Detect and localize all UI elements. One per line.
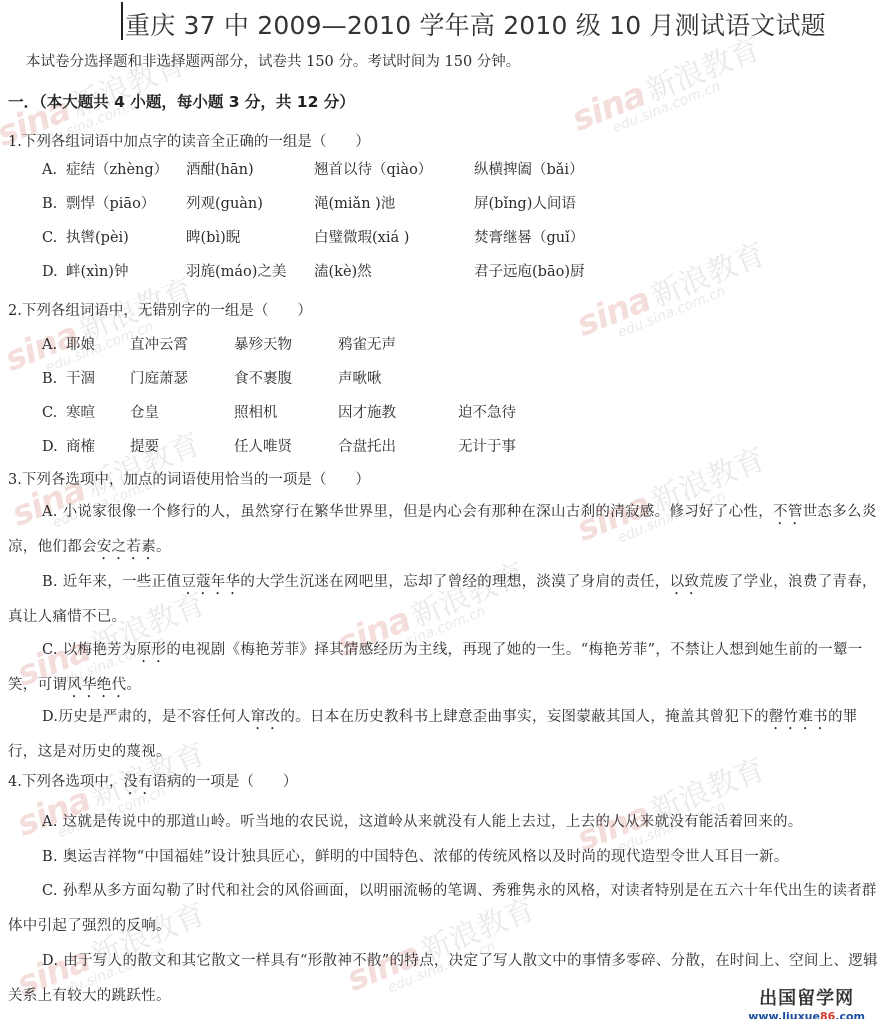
option-text: 。 xyxy=(156,539,171,555)
option-item: 照相机 xyxy=(234,403,278,423)
option-text: 以梅艳芳为 xyxy=(63,642,137,658)
site-logo-url: www.liuxue86.com xyxy=(748,1010,865,1019)
option-item: 无计于事 xyxy=(458,437,516,457)
question-4-stem: 4.下列各选项中，没有语病的一项是（ ） xyxy=(8,772,297,798)
text-cursor xyxy=(121,2,123,40)
option-item: 白璧微瑕(xiá ) xyxy=(314,228,409,248)
option-label: D. xyxy=(42,709,58,725)
watermark: sina新浪教育edu.sina.com.cn xyxy=(570,229,775,354)
stem-text: 语病的一项是（ ） xyxy=(152,774,297,790)
question-2-stem: 2.下列各组词语中，无错别字的一组是（ ） xyxy=(8,301,312,321)
option-item: 任人唯贤 xyxy=(234,437,292,457)
option-text: 近年来，一些正值 xyxy=(63,574,181,590)
option-label: A. xyxy=(42,814,58,830)
section-heading: 一．（本大题共 4 小题，每小题 3 分，共 12 分） xyxy=(8,92,355,112)
option-label: D. xyxy=(42,953,58,969)
option-item: 剽悍（piāo） xyxy=(66,194,155,214)
option-item: 鸦雀无声 xyxy=(338,335,396,355)
option-item: 耶娘 xyxy=(66,335,95,355)
option-label: B. xyxy=(42,369,57,389)
option-item: 焚膏继晷（guǐ） xyxy=(474,228,584,248)
option-item: 屏(bǐng)人间语 xyxy=(474,194,576,214)
question-4-option-b: B. 奥运吉祥物“中国福娃”设计独具匠心，鲜明的中国特色、浓郁的传统风格以及时尚… xyxy=(8,840,878,875)
option-text: 奥运吉祥物“中国福娃”设计独具匠心，鲜明的中国特色、浓郁的传统风格以及时尚的现代… xyxy=(63,849,789,865)
option-item: 仓皇 xyxy=(130,403,159,423)
question-3-option-a: A. 小说家很像一个修行的人，虽然穿行在繁华世界里，但是内心会有那种在深山古刹的… xyxy=(8,495,878,565)
emphasized-word: 罄竹难书 xyxy=(769,709,828,725)
option-label: D. xyxy=(42,437,58,457)
option-label: C. xyxy=(42,403,57,423)
option-label: D. xyxy=(42,262,58,282)
site-logo: 出国留学网 www.liuxue86.com xyxy=(748,984,865,1019)
option-item: 列观(guàn) xyxy=(186,194,263,214)
question-3-option-d: D.历史是严肃的，是不容任何人窜改的。日本在历史教科书上肆意歪曲事实，妄图蒙蔽其… xyxy=(8,700,878,770)
option-text: 孙犁从多方面勾勒了时代和社会的风俗画面，以明丽流畅的笔调、秀雅隽永的风格，对读者… xyxy=(8,883,877,934)
option-item: 暴殄天物 xyxy=(234,335,292,355)
option-item: 迫不急待 xyxy=(458,403,516,423)
option-label: A. xyxy=(42,504,58,520)
site-logo-name: 出国留学网 xyxy=(748,984,865,1010)
question-1-stem: 1.下列各组词语中加点字的读音全正确的一组是（ ） xyxy=(8,132,370,152)
option-item: 症结（zhèng） xyxy=(66,160,168,180)
emphasized-word: 窜改 xyxy=(251,709,281,725)
option-item: 君子远庖(bāo)厨 xyxy=(474,262,584,282)
question-4-option-a: A. 这就是传说中的那道山岭。听当地的农民说，这道岭从来就没有人能上去过，上去的… xyxy=(8,805,878,840)
emphasized-word: 原形 xyxy=(137,642,167,658)
option-text: 这就是传说中的那道山岭。听当地的农民说，这道岭从来就没有人能上去过，上去的人从来… xyxy=(63,814,803,830)
option-text: 的大学生沉迷在网吧里，忘却了曾经的理想，淡漠了身肩的责任， xyxy=(240,574,669,590)
option-label: C. xyxy=(42,883,58,899)
option-item: 纵横捭阖（bǎi） xyxy=(474,160,584,180)
option-label: B. xyxy=(42,849,58,865)
option-item: 合盘托出 xyxy=(338,437,396,457)
option-text: 的。日本在历史教科书上肆意歪曲事实，妄图蒙蔽其国人，掩盖其曾犯下的 xyxy=(280,709,768,725)
option-label: B. xyxy=(42,574,58,590)
option-label: A. xyxy=(42,160,57,180)
emphasized-word: 风华绝代 xyxy=(67,677,126,693)
option-item: 门庭萧瑟 xyxy=(130,369,188,389)
option-item: 直冲云霄 xyxy=(130,335,188,355)
emphasized-word: 不管 xyxy=(773,504,803,520)
question-3-option-b: B. 近年来，一些正值豆蔻年华的大学生沉迷在网吧里，忘却了曾经的理想，淡漠了身肩… xyxy=(8,565,878,635)
option-item: 寒暄 xyxy=(66,403,95,423)
option-item: 睥(bì)睨 xyxy=(186,228,240,248)
option-item: 翘首以待（qiào） xyxy=(314,160,432,180)
option-item: 羽旄(máo)之美 xyxy=(186,262,286,282)
option-item: 渑(miǎn )池 xyxy=(314,194,395,214)
emphasized-word: 豆蔻年华 xyxy=(181,574,240,590)
question-3-stem: 3.下列各选项中，加点的词语使用恰当的一项是（ ） xyxy=(8,470,370,490)
option-item: 食不裹腹 xyxy=(234,369,292,389)
question-3-option-c: C. 以梅艳芳为原形的电视剧《梅艳芳菲》择其情感经历为主线，再现了她的一生。“梅… xyxy=(8,633,878,703)
option-text: 历史是严肃的，是不容任何人 xyxy=(58,709,250,725)
option-item: 商榷 xyxy=(66,437,95,457)
option-label: C. xyxy=(42,228,57,248)
emphasized-word: 以致 xyxy=(670,574,700,590)
option-text: 小说家很像一个修行的人，虽然穿行在繁华世界里，但是内心会有那种在深山古刹的清寂感… xyxy=(63,504,773,520)
option-item: 声啾啾 xyxy=(338,369,382,389)
url-part: 86 xyxy=(820,1010,835,1019)
question-4-option-c: C. 孙犁从多方面勾勒了时代和社会的风俗画面，以明丽流畅的笔调、秀雅隽永的风格，… xyxy=(8,874,878,944)
option-label: A. xyxy=(42,335,57,355)
option-item: 溘(kè)然 xyxy=(314,262,372,282)
option-item: 提要 xyxy=(130,437,159,457)
option-label: B. xyxy=(42,194,57,214)
option-text: 。 xyxy=(126,677,141,693)
url-part: .com xyxy=(835,1010,865,1019)
emphasized-word: 安之若素 xyxy=(97,539,156,555)
option-label: C. xyxy=(42,642,58,658)
option-item: 因才施教 xyxy=(338,403,396,423)
option-item: 干涸 xyxy=(66,369,95,389)
url-part: www.liuxue xyxy=(748,1010,820,1019)
watermark: sina新浪教育edu.sina.com.cn xyxy=(565,24,770,149)
stem-text: 4.下列各选项中， xyxy=(8,774,123,790)
page-title: 重庆 37 中 2009—2010 学年高 2010 级 10 月测试语文试题 xyxy=(125,6,826,42)
exam-intro: 本试卷分选择题和非选择题两部分，试卷共 150 分。考试时间为 150 分钟。 xyxy=(26,52,520,72)
option-item: 酒酣(hān) xyxy=(186,160,254,180)
emphasized-word: 没有 xyxy=(123,774,152,790)
option-item: 执辔(pèi) xyxy=(66,228,129,248)
option-item: 衅(xìn)钟 xyxy=(66,262,128,282)
